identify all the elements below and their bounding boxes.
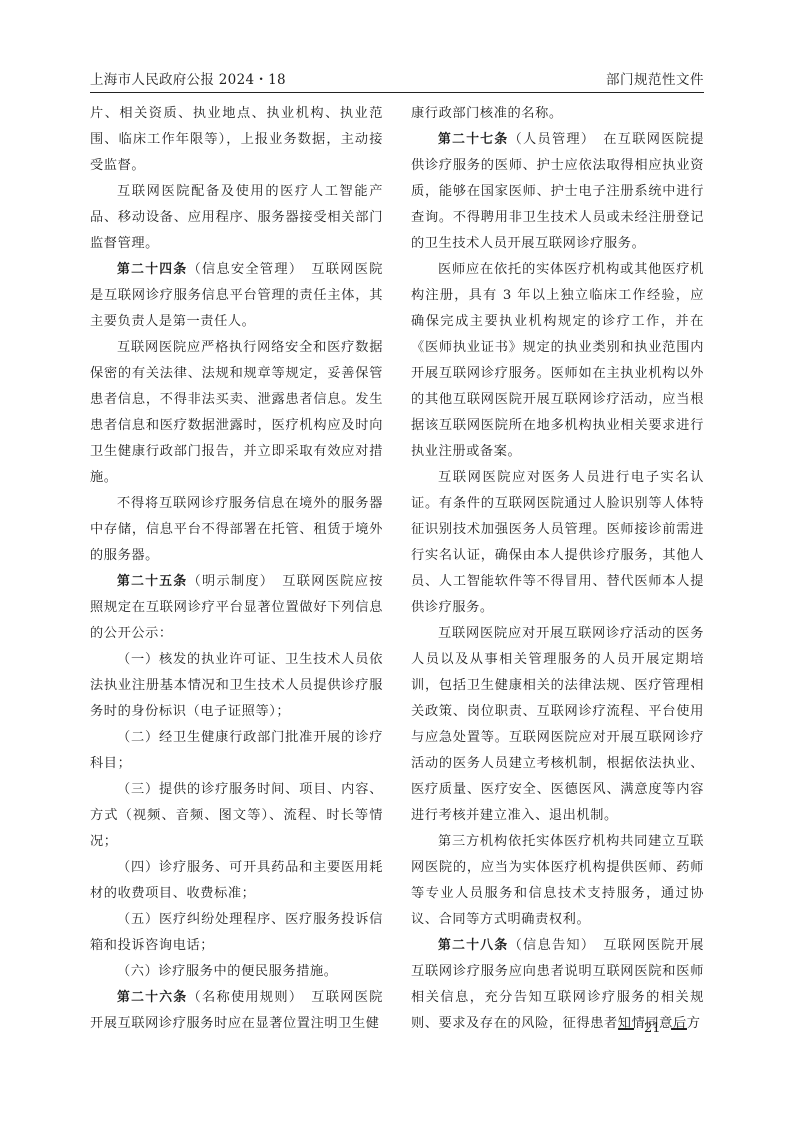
paragraph: 互联网医院应对开展互联网诊疗活动的医务人员以及从事相关管理服务的人员开展定期培训… (411, 621, 704, 829)
paragraph: 互联网医院配备及使用的医疗人工智能产品、移动设备、应用程序、服务器接受相关部门监… (90, 179, 383, 257)
article-heading: 第二十七条 (438, 132, 508, 147)
page-header: 上海市人民政府公报 2024・18 部门规范性文件 (90, 66, 704, 93)
article-25: 第二十五条（明示制度） 互联网医院应按照规定在互联网诊疗平台显著位置做好下列信息… (90, 569, 383, 647)
article-heading: 第二十八条 (438, 938, 508, 953)
left-column: 片、相关资质、执业地点、执业机构、执业范围、临床工作年限等），上报业务数据，主动… (90, 101, 383, 1037)
paragraph: 互联网医院应严格执行网络安全和医疗数据保密的有关法律、法规和规章等规定，妥善保管… (90, 335, 383, 491)
right-column: 康行政部门核准的名称。 第二十七条（人员管理） 在互联网医院提供诊疗服务的医师、… (411, 101, 704, 1037)
section-title: 部门规范性文件 (606, 68, 704, 88)
article-heading: 第二十六条 (117, 990, 187, 1005)
list-item: （六）诊疗服务中的便民服务措施。 (90, 959, 383, 985)
dash-right (671, 1028, 687, 1030)
paragraph: 康行政部门核准的名称。 (411, 101, 704, 127)
dash-left (618, 1028, 634, 1030)
list-item: （一）核发的执业许可证、卫生技术人员依法执业注册基本情况和卫生技术人员提供诊疗服… (90, 647, 383, 725)
paragraph: 片、相关资质、执业地点、执业机构、执业范围、临床工作年限等），上报业务数据，主动… (90, 101, 383, 179)
paragraph: 第三方机构依托实体医疗机构共同建立互联网医院的，应当为实体医疗机构提供医师、药师… (411, 829, 704, 933)
article-heading: 第二十四条 (117, 262, 187, 277)
list-item: （二）经卫生健康行政部门批准开展的诊疗科目； (90, 725, 383, 777)
article-26: 第二十六条（名称使用规则） 互联网医院开展互联网诊疗服务时应在显著位置注明卫生健 (90, 985, 383, 1037)
article-27: 第二十七条（人员管理） 在互联网医院提供诊疗服务的医师、护士应依法取得相应执业资… (411, 127, 704, 257)
publication-title: 上海市人民政府公报 2024・18 (90, 68, 286, 88)
list-item: （四）诊疗服务、可开具药品和主要医用耗材的收费项目、收费标准； (90, 855, 383, 907)
list-item: （五）医疗纠纷处理程序、医疗服务投诉信箱和投诉咨询电话； (90, 907, 383, 959)
article-24: 第二十四条（信息安全管理） 互联网医院是互联网诊疗服务信息平台管理的责任主体，其… (90, 257, 383, 335)
paragraph: 互联网医院应对医务人员进行电子实名认证。有条件的互联网医院通过人脸识别等人体特征… (411, 465, 704, 621)
paragraph: 医师应在依托的实体医疗机构或其他医疗机构注册，具有 3 年以上独立临床工作经验，… (411, 257, 704, 465)
list-item: （三）提供的诊疗服务时间、项目、内容、方式（视频、音频、图文等）、流程、时长等情… (90, 777, 383, 855)
page-footer: 21 (618, 1021, 687, 1036)
paragraph: 不得将互联网诊疗服务信息在境外的服务器中存储，信息平台不得部署在托管、租赁于境外… (90, 491, 383, 569)
page-number: 21 (644, 1021, 661, 1036)
article-heading: 第二十五条 (117, 574, 187, 589)
